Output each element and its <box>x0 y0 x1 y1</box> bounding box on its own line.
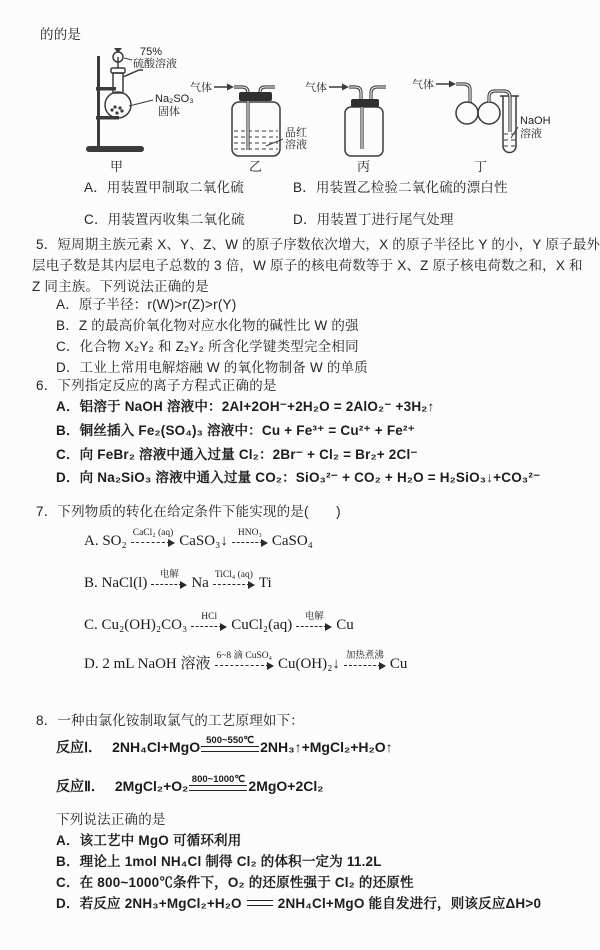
bing-name: 丙 <box>357 159 370 174</box>
q7-d-end: Cu <box>390 656 408 673</box>
ding-label-sol: 溶液 <box>520 126 542 140</box>
yi-name: 乙 <box>249 159 262 174</box>
q7-b-end: Ti <box>259 575 272 592</box>
q4-option-b-label: B． <box>293 180 316 195</box>
q5-stem-line2: 层电子数是其内层电子总数的 3 倍，W 原子的核电荷数等于 X、Z 原子核电荷数… <box>32 257 583 274</box>
apparatus-bing: 气体 丙 <box>305 80 386 174</box>
q8-r2-label: 反应Ⅱ． <box>56 778 105 795</box>
q7-b-cond1: 电解 <box>158 570 181 581</box>
q8-option-d-post: 2NH₄Cl+MgO 能自发进行，则该反应ΔH>0 <box>278 896 541 911</box>
jia-label-sol: 硫酸溶液 <box>133 56 177 70</box>
q7-a-start: A. SO₂ <box>84 533 127 550</box>
q8-option-a: A．该工艺中 MgO 可循环利用 <box>56 832 241 849</box>
q7-c-arrow1: HCl <box>191 612 227 631</box>
apparatus-figure: 75% 硫酸溶液 Na₂SO₃ 固体 甲 气体 品红 溶液 乙 <box>0 44 600 178</box>
q7-c-start: C. Cu₂(OH)₂CO₃ <box>84 617 187 634</box>
q5-option-b: B．Z 的最高价氧化物对应水化物的碱性比 W 的强 <box>56 317 359 334</box>
apparatus-ding: 气体 NaOH 溶液 丁 <box>412 77 551 174</box>
reaction-arrow-icon <box>344 662 386 670</box>
q4-option-d-label: D． <box>293 212 317 227</box>
apparatus-jia: 75% 硫酸溶液 Na₂SO₃ 固体 甲 <box>86 46 194 174</box>
jia-label-solid2: 固体 <box>158 104 180 118</box>
q4-option-a: A．用装置甲制取二氧化硫 <box>84 179 244 196</box>
q8-reaction-2: 反应Ⅱ． 2MgCl₂+O₂ 800~1000℃ 2MgO+2Cl₂ <box>56 775 323 794</box>
reaction-arrow-icon <box>191 623 227 631</box>
q8-option-d: D．若反应 2NH₃+MgCl₂+H₂O2NH₄Cl+MgO 能自发进行，则该反… <box>56 895 541 912</box>
q7-option-d: D. 2 mL NaOH 溶液 6~8 滴 CuSO₄ Cu(OH)₂↓ 加热煮… <box>84 651 407 673</box>
q8-r1-cond: 500~550℃ <box>206 736 254 746</box>
q8-r2-cond: 800~1000℃ <box>192 775 245 785</box>
q5-option-c: C．化合物 X₂Y₂ 和 Z₂Y₂ 所含化学键类型完全相同 <box>56 338 359 355</box>
q6-option-c: C．向 FeBr₂ 溶液中通入过量 Cl₂：2Br⁻ + Cl₂ = Br₂+ … <box>56 446 418 463</box>
q8-option-d-pre: D．若反应 2NH₃+MgCl₂+H₂O <box>56 896 242 911</box>
q7-a-cond1: CaCl₂ (aq) <box>131 528 176 539</box>
reaction-arrow-icon <box>131 539 176 547</box>
q6-option-b: B．铜丝插入 Fe₂(SO₄)₃ 溶液中：Cu + Fe³⁺ = Cu²⁺ + … <box>56 422 415 439</box>
q4-option-d: D．用装置丁进行尾气处理 <box>293 211 454 228</box>
q7-b-cond2: TiCl₄ (aq) <box>213 570 255 581</box>
q4-option-b-text: 用装置乙检验二氧化硫的漂白性 <box>316 180 508 195</box>
jia-label-solid: Na₂SO₃ <box>155 93 194 105</box>
q5-stem-line1: 5．短周期主族元素 X、Y、Z、W 的原子序数依次增大，X 的原子半径比 Y 的… <box>36 236 600 253</box>
q7-d-arrow1: 6~8 滴 CuSO₄ <box>215 651 274 670</box>
q8-r2-equals: 800~1000℃ <box>189 775 247 791</box>
q7-d-arrow2: 加热煮沸 <box>344 651 386 670</box>
bing-gas-label: 气体 <box>305 80 327 94</box>
q4-option-c-text: 用装置丙收集二氧化硫 <box>108 212 245 227</box>
q7-a-mid: CaSO₃↓ <box>179 533 228 550</box>
q8-r1-rhs: 2NH₃↑+MgCl₂+H₂O↑ <box>260 739 393 756</box>
q8-r1-equals: 500~550℃ <box>201 736 259 752</box>
jia-label-pct: 75% <box>140 46 162 58</box>
q7-c-cond2: 电解 <box>303 612 326 623</box>
q8-r1-lhs: 2NH₄Cl+MgO <box>112 739 200 756</box>
q4-option-b: B．用装置乙检验二氧化硫的漂白性 <box>293 179 508 196</box>
reaction-arrow-icon <box>232 539 268 547</box>
yi-label-dye2: 溶液 <box>285 137 307 151</box>
q7-option-a: A. SO₂ CaCl₂ (aq) CaSO₃↓ HNO₃ CaSO₄ <box>84 528 313 550</box>
double-line-equals-icon <box>189 785 247 791</box>
reaction-arrow-icon <box>213 581 255 589</box>
yi-label-dye1: 品红 <box>285 126 307 139</box>
q8-r1-label: 反应Ⅰ． <box>56 739 102 756</box>
q7-a-cond2: HNO₃ <box>236 528 264 539</box>
q4-option-a-label: A． <box>84 180 107 195</box>
q7-d-mid: Cu(OH)₂↓ <box>278 656 340 673</box>
q7-option-c: C. Cu₂(OH)₂CO₃ HCl CuCl₂(aq) 电解 Cu <box>84 612 354 634</box>
q8-option-b: B．理论上 1mol NH₄Cl 制得 Cl₂ 的体积一定为 11.2L <box>56 853 382 870</box>
double-line-equals-icon <box>201 746 259 752</box>
q7-d-cond2: 加热煮沸 <box>344 651 386 662</box>
apparatus-yi: 气体 品红 溶液 乙 <box>190 80 307 174</box>
q7-b-start: B. NaCl(l) <box>84 575 147 592</box>
exam-page: 的的是 75% 硫酸溶液 Na₂SO₃ 固体 甲 <box>0 0 600 950</box>
q8-subtitle: 下列说法正确的是 <box>56 811 166 828</box>
q7-a-arrow1: CaCl₂ (aq) <box>131 528 176 547</box>
q7-c-mid: CuCl₂(aq) <box>231 617 292 634</box>
q7-option-b: B. NaCl(l) 电解 Na TiCl₄ (aq) Ti <box>84 570 272 592</box>
ding-gas-label: 气体 <box>412 77 434 91</box>
ding-label-naoh: NaOH <box>520 115 551 127</box>
q7-d-cond1: 6~8 滴 CuSO₄ <box>215 651 274 662</box>
q5-option-d: D．工业上常用电解熔融 W 的氧化物制备 W 的单质 <box>56 359 368 376</box>
q6-title: 6．下列指定反应的离子方程式正确的是 <box>36 377 277 394</box>
q8-title: 8．一种由氯化铵制取氯气的工艺原理如下： <box>36 712 304 729</box>
q4-option-c: C．用装置丙收集二氧化硫 <box>84 211 245 228</box>
q6-option-a: A．铝溶于 NaOH 溶液中：2Al+2OH⁻+2H₂O = 2AlO₂⁻ +3… <box>56 398 434 415</box>
yi-gas-label: 气体 <box>190 80 212 94</box>
reaction-arrow-icon <box>151 581 187 589</box>
q4-option-a-text: 用装置甲制取二氧化硫 <box>107 180 244 195</box>
ding-name: 丁 <box>474 159 487 174</box>
q7-c-end: Cu <box>336 617 354 634</box>
q8-option-c: C．在 800~1000℃条件下，O₂ 的还原性强于 Cl₂ 的还原性 <box>56 874 414 891</box>
reaction-arrow-icon <box>215 662 274 670</box>
q7-d-start: D. 2 mL NaOH 溶液 <box>84 656 211 673</box>
double-line-equals-icon <box>247 900 273 906</box>
q6-option-d: D．向 Na₂SiO₃ 溶液中通入过量 CO₂：SiO₃²⁻ + CO₂ + H… <box>56 469 540 486</box>
q8-r2-rhs: 2MgO+2Cl₂ <box>248 778 323 795</box>
q7-a-end: CaSO₄ <box>272 533 313 550</box>
q7-c-cond1: HCl <box>199 612 219 623</box>
q7-b-mid: Na <box>191 575 209 592</box>
q4-option-c-label: C． <box>84 212 108 227</box>
q5-option-a: A．原子半径：r(W)>r(Z)>r(Y) <box>56 296 236 313</box>
jia-name: 甲 <box>110 159 123 174</box>
q8-reaction-1: 反应Ⅰ． 2NH₄Cl+MgO 500~550℃ 2NH₃↑+MgCl₂+H₂O… <box>56 736 393 755</box>
stem-fragment: 的的是 <box>40 26 81 43</box>
reaction-arrow-icon <box>296 623 332 631</box>
q7-b-arrow2: TiCl₄ (aq) <box>213 570 255 589</box>
q7-a-arrow2: HNO₃ <box>232 528 268 547</box>
q7-b-arrow1: 电解 <box>151 570 187 589</box>
q5-stem-line3: Z 同主族。下列说法正确的是 <box>32 278 209 295</box>
q8-r2-lhs: 2MgCl₂+O₂ <box>115 778 189 795</box>
q7-title: 7．下列物质的转化在给定条件下能实现的是( ) <box>36 503 341 520</box>
q7-c-arrow2: 电解 <box>296 612 332 631</box>
q4-option-d-text: 用装置丁进行尾气处理 <box>317 212 454 227</box>
